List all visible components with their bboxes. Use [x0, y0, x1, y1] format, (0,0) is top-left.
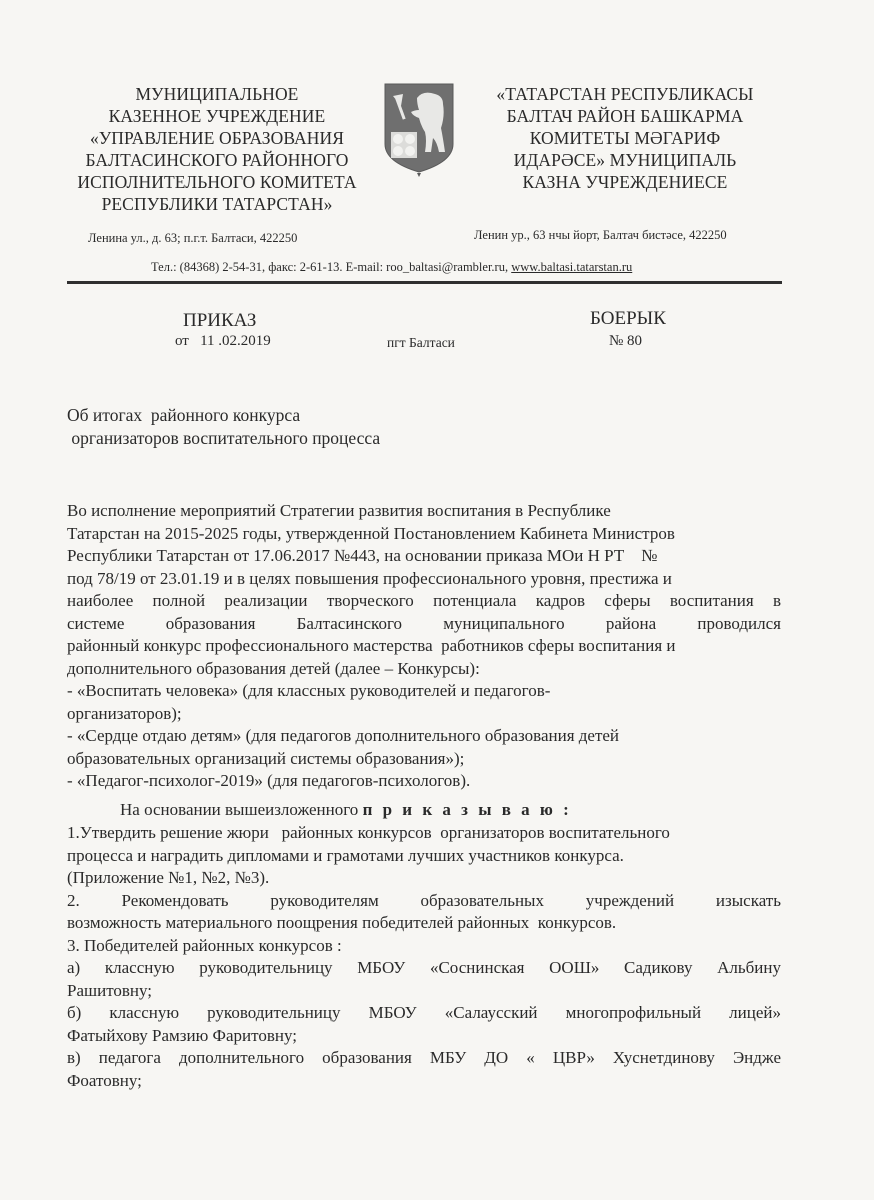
right-org-line: ИДАРӘСЕ» МУНИЦИПАЛЬ [470, 149, 780, 171]
order-item-line: б) классную руководительницу МБОУ «Салау… [67, 1002, 781, 1025]
right-org-line: КОМИТЕТЫ МӘГАРИФ [470, 127, 780, 149]
text-line: Во исполнение мероприятий Стратегии разв… [67, 500, 781, 523]
text-line: Татарстан на 2015-2025 годы, утвержденно… [67, 523, 781, 546]
order-item-line: 2. Рекомендовать руководителям образоват… [67, 890, 781, 913]
order-items: 1.Утвердить решение жюри районных конкур… [67, 822, 781, 1092]
right-address: Ленин ур., 63 нчы йорт, Балтач бистәсе, … [474, 228, 727, 243]
list-item: образовательных организаций системы обра… [67, 748, 781, 771]
right-org-name: «ТАТАРСТАН РЕСПУБЛИКАСЫ БАЛТАЧ РАЙОН БАШ… [470, 83, 780, 193]
right-org-line: КАЗНА УЧРЕЖДЕНИЕСЕ [470, 171, 780, 193]
order-item-line: в) педагога дополнительного образования … [67, 1047, 781, 1070]
right-org-line: БАЛТАЧ РАЙОН БАШКАРМА [470, 105, 780, 127]
left-org-name: МУНИЦИПАЛЬНОЕ КАЗЕННОЕ УЧРЕЖДЕНИЕ «УПРАВ… [62, 83, 372, 215]
list-item: - «Воспитать человека» (для классных рук… [67, 680, 781, 703]
order-item-line: возможность материального поощрения побе… [67, 912, 781, 935]
intro-paragraph: Во исполнение мероприятий Стратегии разв… [67, 500, 781, 793]
order-intro: На основании вышеизложенного п р и к а з… [120, 799, 572, 822]
text-line: системе образования Балтасинского муници… [67, 613, 781, 636]
left-org-line: БАЛТАСИНСКОГО РАЙОННОГО [62, 149, 372, 171]
contact-text: Тел.: (84368) 2-54-31, факс: 2-61-13. E-… [151, 260, 511, 274]
subject-line: Об итогах районного конкурса [67, 404, 380, 427]
list-item: - «Педагог-психолог-2019» (для педагогов… [67, 770, 781, 793]
order-item-line: 3. Победителей районных конкурсов : [67, 935, 781, 958]
text-line: Республики Татарстан от 17.06.2017 №443,… [67, 545, 781, 568]
left-org-line: КАЗЕННОЕ УЧРЕЖДЕНИЕ [62, 105, 372, 127]
order-title-ru: ПРИКАЗ [183, 310, 256, 332]
order-item-line: 1.Утвердить решение жюри районных конкур… [67, 822, 781, 845]
left-org-line: МУНИЦИПАЛЬНОЕ [62, 83, 372, 105]
order-intro-text: На основании вышеизложенного [120, 800, 363, 819]
list-item: - «Сердце отдаю детям» (для педагогов до… [67, 725, 781, 748]
left-org-line: «УПРАВЛЕНИЕ ОБРАЗОВАНИЯ [62, 127, 372, 149]
website-link[interactable]: www.baltasi.tatarstan.ru [511, 260, 632, 274]
left-org-line: ИСПОЛНИТЕЛЬНОГО КОМИТЕТА [62, 171, 372, 193]
order-item-line: Фоатовну; [67, 1070, 781, 1093]
order-item-line: процесса и наградить дипломами и грамота… [67, 845, 781, 868]
left-org-line: РЕСПУБЛИКИ ТАТАРСТАН» [62, 193, 372, 215]
order-place: пгт Балтаси [387, 335, 455, 351]
text-line: наиболее полной реализации творческого п… [67, 590, 781, 613]
order-title-tt: БОЕРЫК [590, 308, 666, 330]
order-date: от 11 .02.2019 [175, 333, 271, 350]
order-keyword: п р и к а з ы в а ю : [363, 800, 572, 819]
contact-line: Тел.: (84368) 2-54-31, факс: 2-61-13. E-… [151, 260, 632, 275]
list-item: организаторов); [67, 703, 781, 726]
text-line: районный конкурс профессионального масте… [67, 635, 781, 658]
text-line: дополнительного образования детей (далее… [67, 658, 781, 681]
header-divider [67, 281, 782, 284]
text-line: под 78/19 от 23.01.19 и в целях повышени… [67, 568, 781, 591]
subject-line: организаторов воспитательного процесса [67, 427, 380, 450]
order-item-line: а) классную руководительницу МБОУ «Сосни… [67, 957, 781, 980]
order-item-line: Фатыйхову Рамзию Фаритовну; [67, 1025, 781, 1048]
right-org-line: «ТАТАРСТАН РЕСПУБЛИКАСЫ [470, 83, 780, 105]
order-subject: Об итогах районного конкурса организатор… [67, 404, 380, 449]
coat-of-arms-icon [383, 82, 455, 177]
order-item-line: Рашитовну; [67, 980, 781, 1003]
left-address: Ленина ул., д. 63; п.г.т. Балтаси, 42225… [88, 231, 297, 246]
order-number: № 80 [609, 333, 642, 350]
order-item-line: (Приложение №1, №2, №3). [67, 867, 781, 890]
